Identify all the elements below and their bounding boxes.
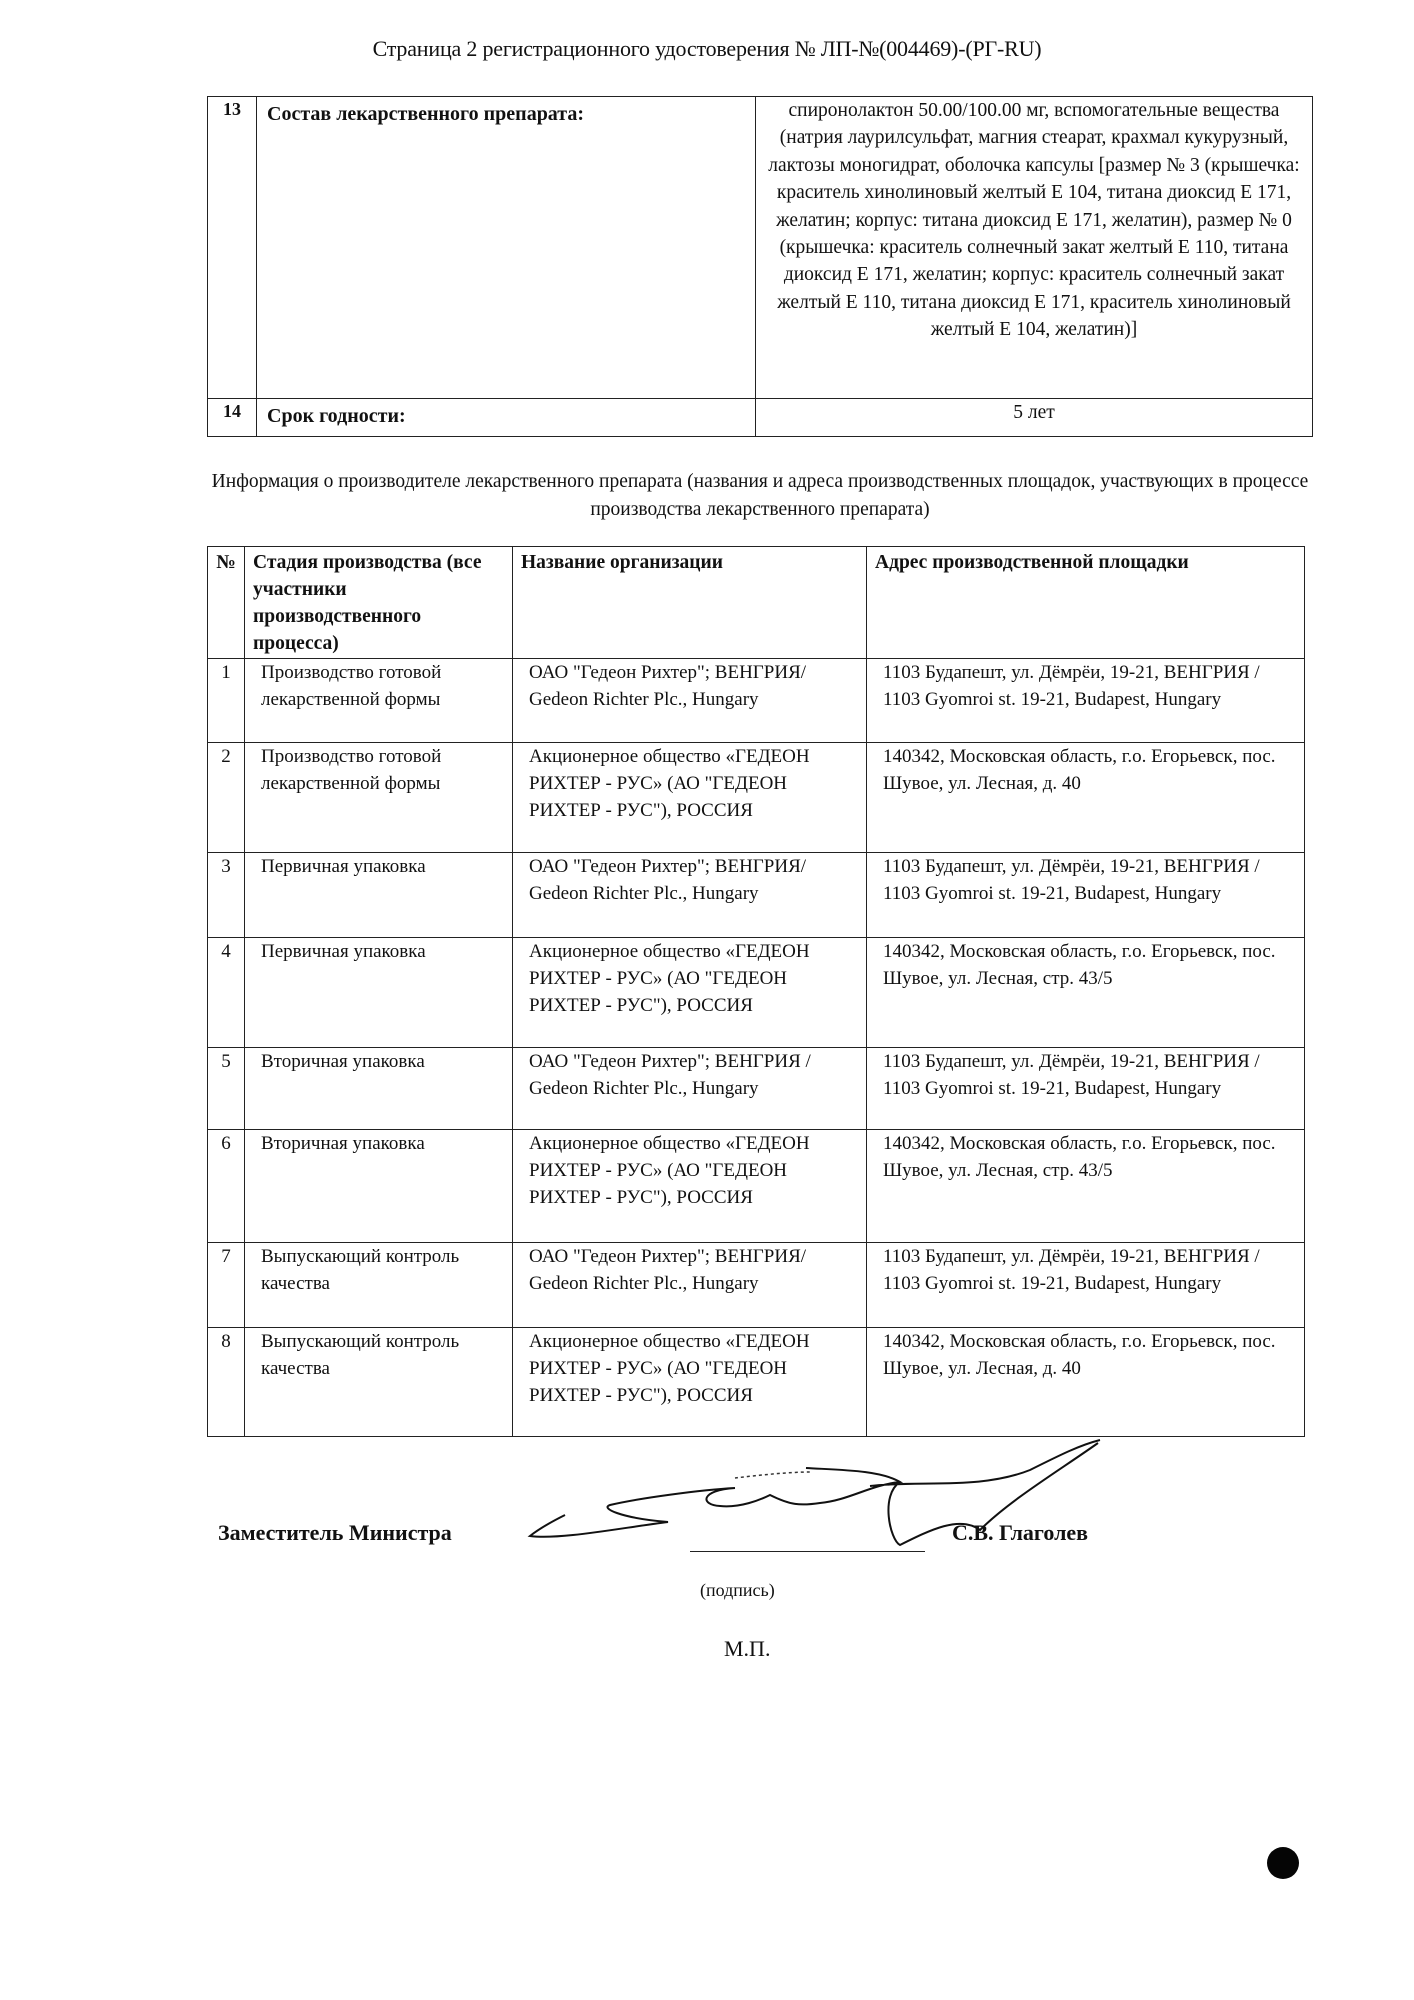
- scan-mark-dot-icon: [1267, 1847, 1299, 1879]
- handwritten-signature-icon: [0, 0, 1414, 2000]
